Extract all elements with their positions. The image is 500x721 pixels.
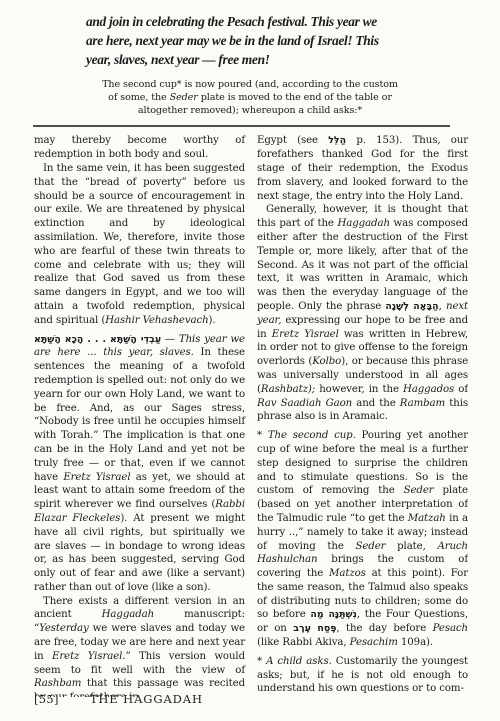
commentary-paragraph: * A child asks. Customarily the youngest… (257, 655, 468, 696)
commentary-paragraph: may thereby become worthy of redemption … (34, 134, 245, 162)
text-segment: Rambam (400, 398, 445, 409)
translation-line: and join in celebrating the Pesach festi… (86, 13, 460, 32)
text-segment: Eretz Yisrael (63, 472, 130, 483)
text-segment: Matzah (408, 513, 446, 524)
text-segment: Rashbam (34, 678, 81, 689)
text-segment: (like Rabbi Akiva, (257, 637, 350, 648)
hebrew-phrase: הָשַׁתָּא‎ הָכָא‎ . . . הָשַׁתָּא‎ עַבְד… (34, 334, 161, 345)
text-segment: may thereby become worthy of redemption … (34, 135, 245, 160)
text-segment: plate, (385, 541, 437, 552)
instruction-line: of some, the Seder plate is moved to the… (60, 91, 440, 104)
text-segment: and the (352, 398, 400, 409)
text-segment: Kolbo (312, 356, 341, 367)
text-segment: * (257, 656, 266, 667)
text-segment: Seder (170, 92, 198, 103)
column-left: may thereby become worthy of redemption … (34, 134, 245, 697)
text-segment: Eretz Yisrael (272, 329, 339, 340)
text-segment: Rashbatz); (261, 384, 315, 395)
instruction-line: The second cup* is now poured (and, acco… (60, 78, 440, 91)
text-segment: In these sentences the meaning of a twof… (34, 347, 245, 482)
translation-line: year, slaves, next year — free men! (86, 51, 460, 70)
text-segment: plate is moved to the end of the table o… (198, 92, 392, 103)
divider-rule (33, 125, 450, 127)
translation-line: are here, next year may we be in the lan… (86, 32, 460, 51)
commentary-paragraph: In the same vein, it has been suggested … (34, 162, 245, 328)
commentary-columns: may thereby become worthy of redemption … (34, 134, 468, 697)
commentary-paragraph: * The second cup. Pouring yet another cu… (257, 429, 468, 650)
text-segment: In the same vein, it has been suggested … (34, 163, 245, 326)
text-segment: Matzos (329, 568, 366, 579)
page-footer: [55]THE HAGGADAH (34, 692, 203, 706)
text-segment: Pesachim (350, 637, 398, 648)
text-segment: Egypt (see (257, 135, 328, 146)
hebrew-phrase: לְשָׁנָה‎ הַבָּאָה‎ (385, 301, 438, 312)
text-segment: A child asks. (266, 656, 332, 667)
text-segment: Rav Saadiah Gaon (257, 398, 352, 409)
text-segment: of (454, 384, 468, 395)
instruction-line: altogether removed); whereupon a child a… (60, 104, 440, 117)
text-segment: The second cup. (268, 430, 356, 441)
text-segment: Eretz Yisrael. (52, 651, 125, 662)
text-segment: was composed either after the destructio… (257, 218, 468, 312)
text-segment: Haggados (403, 384, 454, 395)
commentary-paragraph: There exists a different version in an a… (34, 595, 245, 698)
hebrew-phrase: הַלֵּל‎ (328, 135, 346, 146)
text-segment: * (257, 430, 268, 441)
translation-passage: and join in celebrating the Pesach festi… (86, 13, 460, 69)
text-segment: ). (209, 315, 216, 326)
column-right: Egypt (see הַלֵּל‎ p. 153). Thus, our fo… (257, 134, 468, 697)
text-segment: Yesterday (39, 623, 89, 634)
text-segment: Hashir Vehashevach (105, 315, 208, 326)
text-segment: Pesach (433, 623, 468, 634)
text-segment: The second cup* is now poured (and, acco… (102, 79, 398, 90)
ritual-instruction: The second cup* is now poured (and, acco… (60, 78, 440, 117)
text-segment: Haggadah (102, 609, 154, 620)
text-segment: Seder (404, 485, 434, 496)
text-segment: , the day before (336, 623, 432, 634)
commentary-paragraph: הָשַׁתָּא‎ הָכָא‎ . . . הָשַׁתָּא‎ עַבְד… (34, 333, 245, 595)
text-segment: altogether removed); whereupon a child a… (138, 105, 362, 116)
commentary-paragraph: Egypt (see הַלֵּל‎ p. 153). Thus, our fo… (257, 134, 468, 203)
text-segment: Haggadah (337, 218, 389, 229)
text-segment: of some, the (108, 92, 169, 103)
page-number: [55] (34, 692, 59, 706)
commentary-paragraph: Generally, however, it is thought that t… (257, 203, 468, 424)
text-segment: ). At present we might have all civil ri… (34, 513, 245, 593)
hebrew-phrase: עֶרֶב‎ פֶּסַח‎ (293, 623, 336, 634)
text-segment: , (439, 301, 446, 312)
text-segment: however, in the (315, 384, 403, 395)
text-segment: — (161, 334, 179, 345)
hebrew-phrase: מַה‎ נִשְׁתַּנָּה‎ (310, 609, 357, 620)
book-page: and join in celebrating the Pesach festi… (0, 0, 500, 721)
text-segment: 109a). (398, 637, 433, 648)
text-segment: Seder (355, 541, 385, 552)
book-title: THE HAGGADAH (90, 692, 203, 706)
